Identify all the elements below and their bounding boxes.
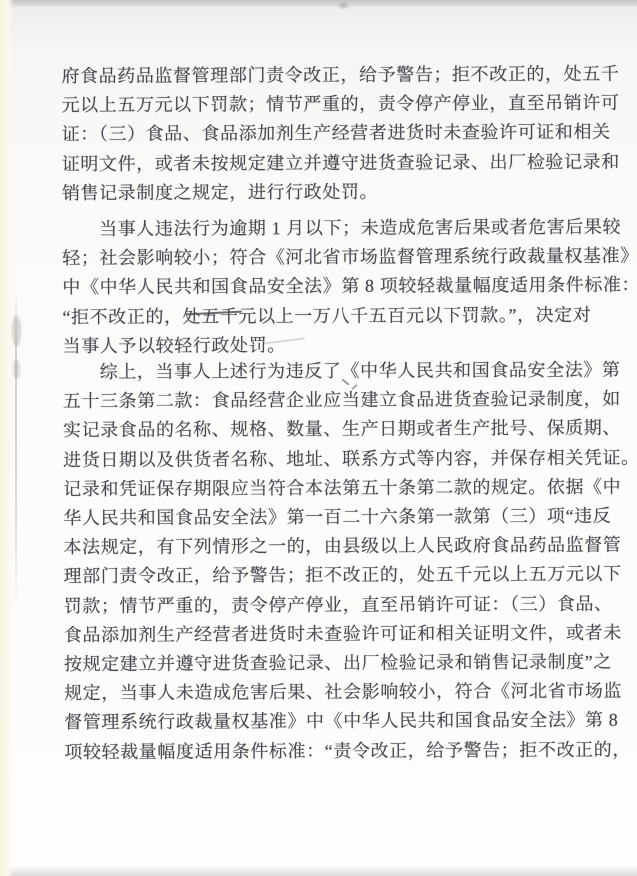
text-line: 按规定建立并遵守进货查验记录、出厂检验记录和销售记录制度”之 bbox=[64, 648, 626, 680]
text-line: 项较轻裁量幅度适用条件标准：“责令改正，给予警告；拒不改正的， bbox=[64, 735, 626, 767]
text-line: 证：（三）食品、食品添加剂生产经营者进货时未查验许可证和相关 bbox=[62, 118, 624, 150]
text-line: 府食品药品监督管理部门责令改正，给予警告；拒不改正的，处五千 bbox=[61, 60, 623, 92]
text-line: 罚款；情节严重的，责令停产停业，直至吊销许可证：（三）食品、 bbox=[64, 589, 626, 621]
text-line: 规定，当事人未造成危害后果、社会影响较小，符合《河北省市场监 bbox=[64, 677, 626, 709]
document-text-block: 府食品药品监督管理部门责令改正，给予警告；拒不改正的，处五千 元以上五万元以下罚… bbox=[0, 0, 637, 876]
text-line: 元以上五万元以下罚款；情节严重的，责令停产停业，直至吊销许可 bbox=[61, 89, 623, 121]
text-line: 销售记录制度之规定，进行行政处罚。 bbox=[62, 176, 624, 208]
text-line: 督管理系统行政裁量权基准》中《中华人民共和国食品安全法》第 8 bbox=[64, 706, 626, 738]
text-line: 进货日期以及供货者名称、地址、联系方式等内容，并保存相关凭证。 bbox=[63, 443, 625, 475]
scanned-document-page: 府食品药品监督管理部门责令改正，给予警告；拒不改正的，处五千 元以上五万元以下罚… bbox=[0, 0, 637, 876]
text-line: 食品添加剂生产经营者进货时未查验许可证和相关证明文件，或者未 bbox=[64, 618, 626, 650]
text-line: 记录和凭证保存期限应当符合本法第五十条第二款的规定。依据《中 bbox=[63, 472, 625, 504]
text-line: 五十三条第二款：食品经营企业应当建立食品进货查验记录制度，如 bbox=[63, 385, 625, 417]
paragraph-3: 综上，当事人上述行为违反了《中华人民共和国食品安全法》第 五十三条第二款：食品经… bbox=[63, 356, 627, 767]
text-line: 实记录食品的名称、规格、数量、生产日期或者生产批号、保质期、 bbox=[63, 414, 625, 446]
text-line: “拒不改正的，处五千元以上一万八千五百元以下罚款。”，决定对 bbox=[62, 300, 624, 332]
paragraph-1: 府食品药品监督管理部门责令改正，给予警告；拒不改正的，处五千 元以上五万元以下罚… bbox=[61, 60, 624, 208]
text-line: 证明文件，或者未按规定建立并遵守进货查验记录、出厂检验记录和 bbox=[62, 147, 624, 179]
text-line: 当事人违法行为逾期 1 月以下；未造成危害后果或者危害后果较 bbox=[62, 213, 624, 245]
text-line: 本法规定，有下列情形之一的，由县级以上人民政府食品药品监督管 bbox=[63, 531, 625, 563]
text-line: 理部门责令改正，给予警告；拒不改正的，处五千元以上五万元以下 bbox=[64, 560, 626, 592]
paragraph-2: 当事人违法行为逾期 1 月以下；未造成危害后果或者危害后果较 轻；社会影响较小；… bbox=[62, 213, 625, 361]
text-line: 轻；社会影响较小；符合《河北省市场监督管理系统行政裁量权基准》 bbox=[62, 242, 624, 274]
text-line: 中《中华人民共和国食品安全法》第 8 项较轻裁量幅度适用条件标准： bbox=[62, 271, 624, 303]
text-line: 华人民共和国食品安全法》第一百二十六条第一款第（三）项“违反 bbox=[63, 502, 625, 534]
